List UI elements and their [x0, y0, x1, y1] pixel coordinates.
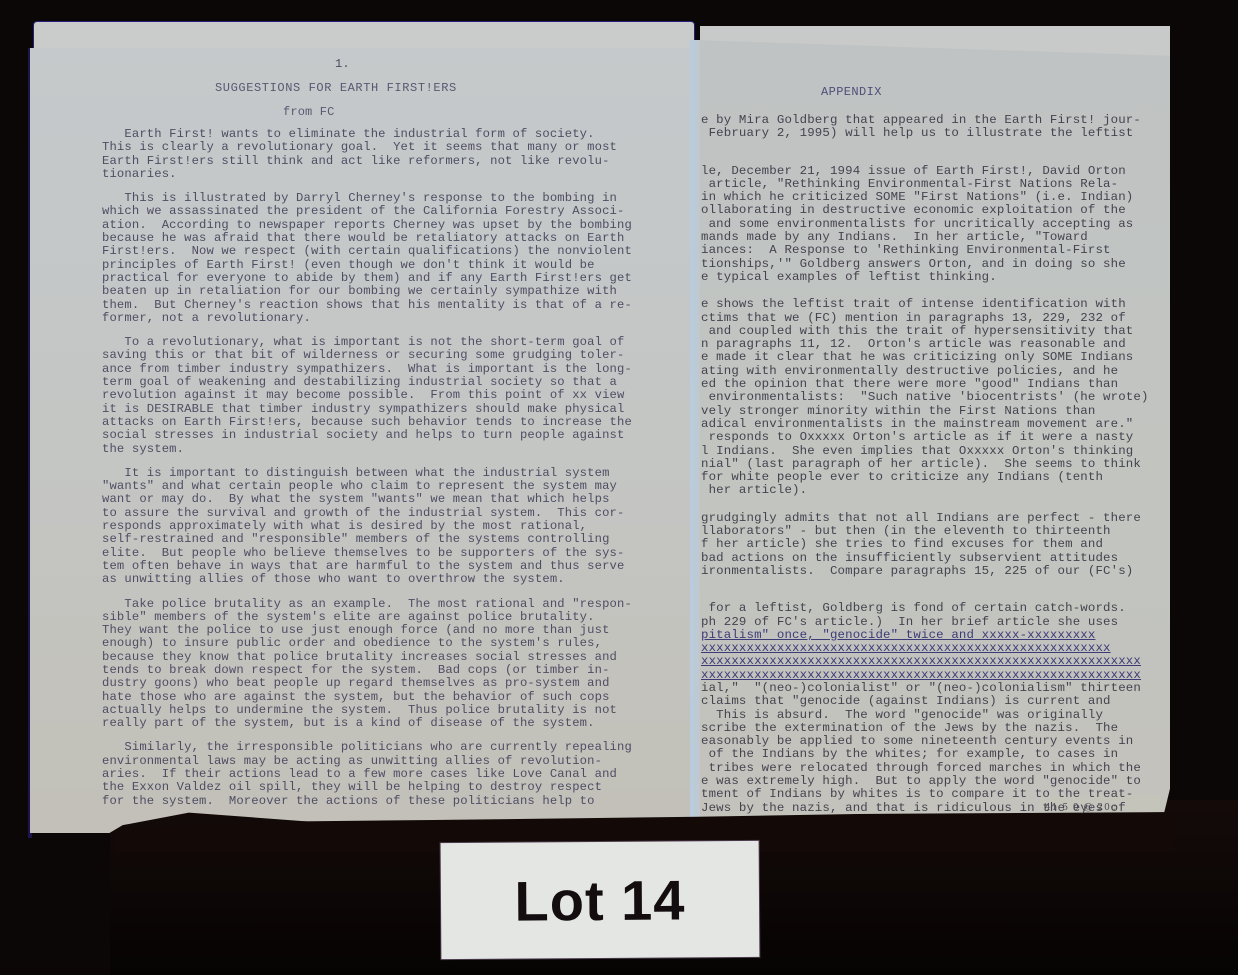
text-line: self-restrained and "responsible" member…	[102, 533, 632, 546]
text-line: nial" (last paragraph of her article). S…	[701, 458, 1149, 471]
text-line: tends to break down respect for the syst…	[102, 664, 632, 677]
text-line: e shows the leftist trait of intense ide…	[701, 298, 1149, 311]
text-line: and some environmentalists for uncritica…	[701, 218, 1149, 231]
text-line: This is clearly a revolutionary goal. Ye…	[102, 141, 632, 154]
paragraph: grudgingly admits that not all Indians a…	[701, 512, 1149, 578]
text-line: Take police brutality as an example. The…	[102, 598, 632, 611]
paragraph: Take police brutality as an example. The…	[102, 598, 632, 731]
text-line: xxxxxxxxxxxxxxxxxxxxxxxxxxxxxxxxxxxxxxxx…	[701, 655, 1149, 668]
text-line: This is absurd. The word "genocide" was …	[701, 709, 1149, 722]
text-line: tem often behave in ways that are harmfu…	[102, 560, 632, 573]
text-line: environmentalists: "Such native 'biocent…	[701, 391, 1149, 404]
text-line: to assure the survival and growth of the…	[102, 507, 632, 520]
text-line: really part of the system, but is a kind…	[102, 717, 632, 730]
text-line: ial," "(neo-)colonialist" or "(neo-)colo…	[701, 682, 1149, 695]
text-line: the system.	[102, 443, 632, 456]
text-line: ollaborating in destructive economic exp…	[701, 204, 1149, 217]
text-line: actually helps to undermine the system. …	[102, 704, 632, 717]
text-line: e by Mira Goldberg that appeared in the …	[701, 114, 1149, 127]
text-line: ed the opinion that there were more "goo…	[701, 378, 1149, 391]
text-line: of the Indians by the whites; for exampl…	[701, 748, 1149, 761]
text-line: iances: A Response to 'Rethinking Enviro…	[701, 244, 1149, 257]
text-line: grudgingly admits that not all Indians a…	[701, 512, 1149, 525]
text-line: "wants" and what certain people who clai…	[102, 480, 632, 493]
text-line: revolution against it may become possibl…	[102, 389, 632, 402]
paragraph: e shows the leftist trait of intense ide…	[701, 298, 1149, 497]
text-line: It is important to distinguish between w…	[102, 467, 632, 480]
text-line: for a leftist, Goldberg is fond of certa…	[701, 602, 1149, 615]
document-title: SUGGESTIONS FOR EARTH FIRST!ERS	[215, 82, 457, 95]
text-line: n paragraphs 11, 12. Orton's article was…	[701, 338, 1149, 351]
lot-label-card: Lot 14	[441, 841, 760, 959]
text-line: hate those who are against the system, b…	[102, 691, 632, 704]
paragraph: for a leftist, Goldberg is fond of certa…	[701, 602, 1149, 815]
paragraph: To a revolutionary, what is important is…	[102, 336, 632, 456]
text-line: the Exxon Valdez oil spill, they will be…	[102, 781, 632, 794]
text-line: To a revolutionary, what is important is…	[102, 336, 632, 349]
text-line: former, not a revolutionary.	[102, 312, 632, 325]
text-line: bad actions on the insufficiently subser…	[701, 552, 1149, 565]
text-line: ating with environmentally destructive p…	[701, 365, 1149, 378]
left-page-back-sheet	[34, 22, 694, 52]
text-line: claims that "genocide (against Indians) …	[701, 695, 1149, 708]
text-line: xxxxxxxxxxxxxxxxxxxxxxxxxxxxxxxxxxxxxxxx…	[701, 669, 1149, 682]
text-line: social stresses in industrial society an…	[102, 429, 632, 442]
photo-scene: 41 5 0 @ 20c 1. SUGGESTIONS FOR EARTH FI…	[0, 0, 1238, 975]
text-line: as unwitting allies of those who want to…	[102, 573, 632, 586]
text-line: environmental laws may be acting as unwi…	[102, 755, 632, 768]
text-line: tionships,'" Goldberg answers Orton, and…	[701, 258, 1149, 271]
paragraph: e by Mira Goldberg that appeared in the …	[701, 114, 1149, 141]
text-line: tment of Indians by whites is to compare…	[701, 788, 1149, 801]
paragraph: Earth First! wants to eliminate the indu…	[102, 128, 632, 181]
text-line: aries. If their actions lead to a few mo…	[102, 768, 632, 781]
text-line: for the system. Moreover the actions of …	[102, 795, 632, 808]
text-line: Jews by the nazis, and that is ridiculou…	[701, 802, 1149, 815]
text-line: e typical examples of leftist thinking.	[701, 271, 1149, 284]
text-line: They want the police to use just enough …	[102, 624, 632, 637]
text-line: ctims that we (FC) mention in paragraphs…	[701, 312, 1149, 325]
paragraph: Similarly, the irresponsible politicians…	[102, 741, 632, 807]
text-line: them. But Cherney's reaction shows that …	[102, 299, 632, 312]
text-line: e was extremely high. But to apply the w…	[701, 775, 1149, 788]
text-line: for white people ever to criticize any I…	[701, 471, 1149, 484]
text-line: easonably be applied to some nineteenth …	[701, 735, 1149, 748]
text-line: Earth First! wants to eliminate the indu…	[102, 128, 632, 141]
text-line: and coupled with this the trait of hyper…	[701, 325, 1149, 338]
text-line: l Indians. She even implies that Oxxxxx …	[701, 445, 1149, 458]
text-line: enough) to insure public order and obedi…	[102, 637, 632, 650]
appendix-heading: APPENDIX	[821, 86, 882, 99]
text-line: Similarly, the irresponsible politicians…	[102, 741, 632, 754]
text-line: ation. According to newspaper reports Ch…	[102, 219, 632, 232]
text-line: February 2, 1995) will help us to illust…	[701, 127, 1149, 140]
text-line: want or may do. By what the system "want…	[102, 493, 632, 506]
page-number: 1.	[335, 58, 350, 71]
text-line: principles of Earth First! (even though …	[102, 259, 632, 272]
text-line: ph 229 of FC's article.) In her brief ar…	[701, 616, 1149, 629]
text-line: term goal of weakening and destabilizing…	[102, 376, 632, 389]
text-line: llaborators" - but then (in the eleventh…	[701, 525, 1149, 538]
paragraph: It is important to distinguish between w…	[102, 467, 632, 587]
text-line: because he was afraid that there would b…	[102, 232, 632, 245]
text-line: scribe the extermination of the Jews by …	[701, 722, 1149, 735]
text-line: Earth First!ers still think and act like…	[102, 155, 632, 168]
text-line: dustry goons) who beat people up regard …	[102, 677, 632, 690]
document-subtitle: from FC	[283, 106, 334, 119]
text-line: sible" members of the system's elite are…	[102, 611, 632, 624]
text-line: because they know that police brutality …	[102, 651, 632, 664]
text-line: adical environmentalists in the mainstre…	[701, 418, 1149, 431]
text-line: attacks on Earth First!ers, because such…	[102, 416, 632, 429]
text-line: article, "Rethinking Environmental-First…	[701, 178, 1149, 191]
text-line: practical for everyone to abide by them)…	[102, 272, 632, 285]
text-line: which we assassinated the president of t…	[102, 205, 632, 218]
left-page-body: Earth First! wants to eliminate the indu…	[102, 128, 632, 819]
text-line: e made it clear that he was criticizing …	[701, 351, 1149, 364]
text-line: tribes were relocated through forced mar…	[701, 762, 1149, 775]
text-line: xxxxxxxxxxxxxxxxxxxxxxxxxxxxxxxxxxxxxxxx…	[701, 642, 1149, 655]
text-line: pitalism" once, "genocide" twice and xxx…	[701, 629, 1149, 642]
lot-label: Lot 14	[514, 867, 685, 933]
text-line: tionaries.	[102, 168, 632, 181]
text-line: her article).	[701, 484, 1149, 497]
text-line: ironmentalists. Compare paragraphs 15, 2…	[701, 565, 1149, 578]
text-line: ance from timber industry sympathizers. …	[102, 363, 632, 376]
text-line: This is illustrated by Darryl Cherney's …	[102, 192, 632, 205]
right-page-gutter-edge	[690, 40, 700, 825]
text-line: elite. But people who believe themselves…	[102, 547, 632, 560]
text-line: le, December 21, 1994 issue of Earth Fir…	[701, 165, 1149, 178]
text-line: mands made by any Indians. In her articl…	[701, 231, 1149, 244]
text-line: it is DESIRABLE that timber industry sym…	[102, 403, 632, 416]
text-line: responds to Oxxxxx Orton's article as if…	[701, 431, 1149, 444]
text-line: f her article) she tries to find excuses…	[701, 538, 1149, 551]
text-line: beaten up in retaliation for our bombing…	[102, 285, 632, 298]
right-page-body: e by Mira Goldberg that appeared in the …	[701, 114, 1149, 825]
paragraph: This is illustrated by Darryl Cherney's …	[102, 192, 632, 325]
text-line: responds approximately with what is desi…	[102, 520, 632, 533]
text-line: saving this or that bit of wilderness or…	[102, 349, 632, 362]
paragraph: le, December 21, 1994 issue of Earth Fir…	[701, 165, 1149, 285]
text-line: in which he criticized SOME "First Natio…	[701, 191, 1149, 204]
text-line: vely stronger minority within the First …	[701, 405, 1149, 418]
text-line: First!ers. Now we respect (with certain …	[102, 245, 632, 258]
